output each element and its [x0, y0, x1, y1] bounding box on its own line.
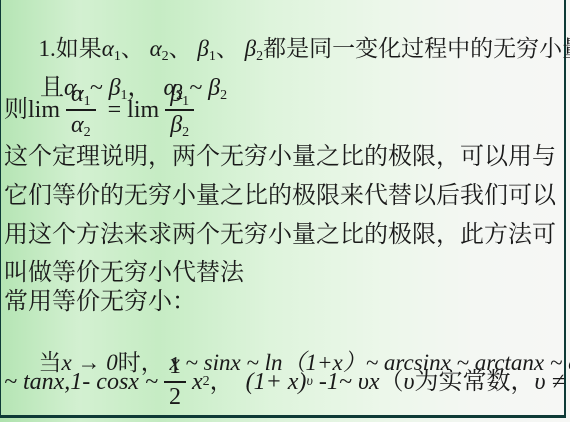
equals-sign: = — [102, 95, 128, 125]
math-var: α — [71, 81, 84, 107]
cjk-real-constant: 为实常数， — [415, 367, 535, 397]
paragraph-text: 叫做等价无穷小代替法 — [4, 260, 244, 286]
math-var-upsilon: υ — [404, 367, 415, 397]
math-sub: 1 — [182, 94, 189, 109]
cjk-open-paren: （ — [380, 367, 404, 397]
math-upsilon-nonzero: υ ≠ 0 — [535, 367, 570, 397]
equation-limit: 则lim α1 α2 = lim β1 β2 — [4, 79, 200, 141]
fraction-beta: β1 β2 — [165, 80, 194, 140]
math-sub: 2 — [84, 125, 91, 140]
fraction-denominator: β2 — [165, 109, 194, 140]
fraction-numerator: α1 — [66, 80, 96, 109]
math-minus-one-ux: -1~ υx — [313, 367, 380, 397]
line1-suffix: 都是同一变化过程中的无穷小量， — [263, 36, 570, 61]
fraction-denominator: 2 — [164, 381, 186, 412]
cjk-comma: ， — [210, 367, 246, 397]
text-line-10: ~ tanx,1- cosx ~ 1 2 x2， (1+ x)υ -1~ υx（… — [4, 351, 570, 413]
text-line-8: 常用等价无穷小： — [4, 287, 196, 317]
math-tanx-cosx: ~ tanx,1- cosx ~ — [4, 367, 158, 397]
math-var-beta2: β — [245, 36, 256, 61]
math-one-plus-x: (1+ x) — [246, 367, 307, 397]
paragraph-text: 它们等价的无穷小量之比的极限来代替以后我们可以 — [4, 183, 556, 209]
math-sub: 2 — [182, 125, 189, 140]
math-var-x: x — [192, 367, 203, 397]
section-heading: 常用等价无穷小： — [4, 289, 196, 315]
lim-operator: lim — [127, 95, 159, 125]
text-line-6: 用这个方法来求两个无穷小量之比的极限，此方法可 — [4, 220, 556, 250]
math-var: β — [170, 81, 182, 107]
math-sub: 2 — [220, 88, 227, 103]
fraction-alpha: α1 α2 — [66, 80, 96, 140]
fraction-one-half: 1 2 — [164, 352, 186, 412]
text-line-7: 叫做等价无穷小代替法 — [4, 258, 244, 288]
paragraph-text: 用这个方法来求两个无穷小量之比的极限，此方法可 — [4, 222, 556, 248]
slide-stage: 1.如果α1、 α2、 β1、 β2都是同一变化过程中的无穷小量， 且α1 ~ … — [0, 0, 570, 422]
slide-canvas: 1.如果α1、 α2、 β1、 β2都是同一变化过程中的无穷小量， 且α1 ~ … — [0, 0, 566, 418]
math-var: α — [71, 112, 84, 138]
fraction-denominator: α2 — [66, 109, 96, 140]
math-sub: 1 — [84, 94, 91, 109]
text-line-4: 这个定理说明，两个无穷小量之比的极限，可以用与 — [4, 142, 556, 172]
text-line-5: 它们等价的无穷小量之比的极限来代替以后我们可以 — [4, 181, 556, 211]
math-var-beta2: β — [208, 75, 220, 101]
math-var: β — [170, 112, 182, 138]
fraction-numerator: 1 — [164, 352, 186, 381]
paragraph-text: 这个定理说明，两个无穷小量之比的极限，可以用与 — [4, 144, 556, 170]
fraction-numerator: β1 — [165, 80, 194, 109]
lim-operator: lim — [28, 95, 60, 125]
line3-prefix: 则 — [4, 95, 28, 125]
